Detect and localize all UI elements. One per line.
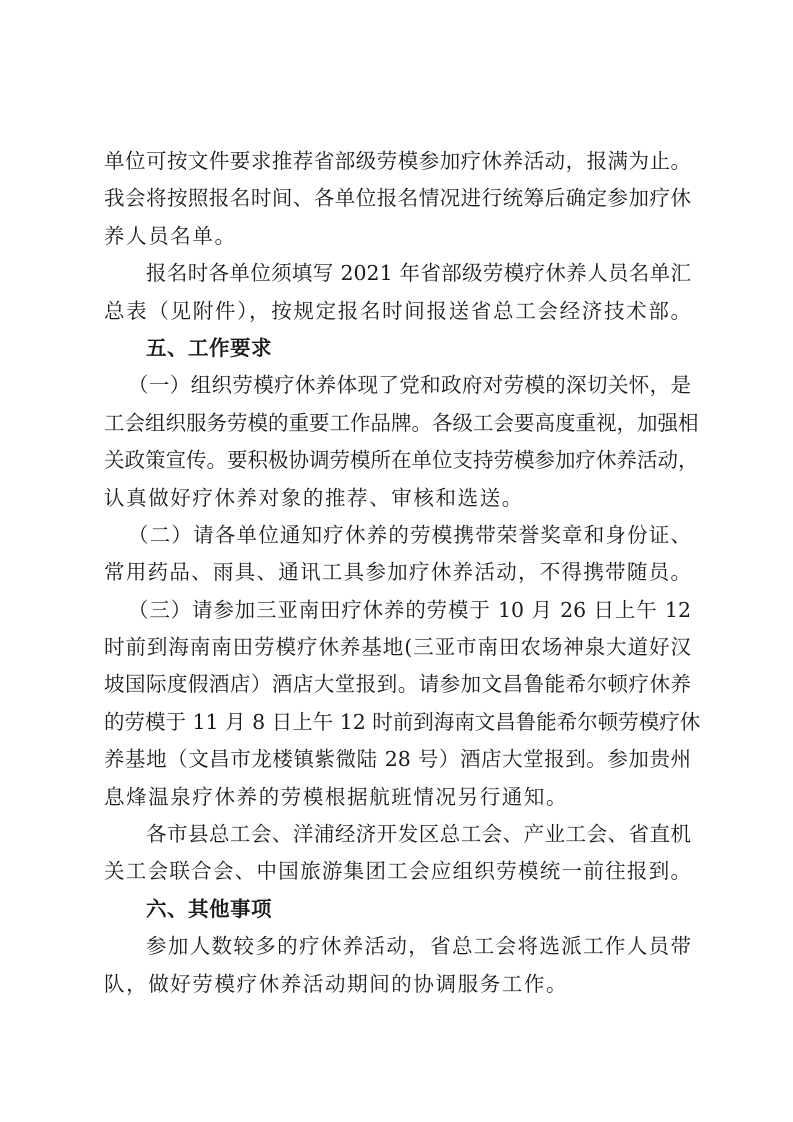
paragraph-requirement-2: （二）请各单位通知疗休养的劳模携带荣誉奖章和身份证、 常用药品、雨具、通讯工具参… bbox=[104, 520, 691, 595]
paragraph-registration-continuation: 单位可按文件要求推荐省部级劳模参加疗休养活动，报满为止。 我会将按照报名时间、各… bbox=[104, 146, 691, 258]
text-line: 关政策宣传。要积极协调劳模所在单位支持劳模参加疗休养活动， bbox=[104, 445, 691, 482]
document-body: 单位可按文件要求推荐省部级劳模参加疗休养活动，报满为止。 我会将按照报名时间、各… bbox=[104, 146, 691, 1006]
text-line: 报名时各单位须填写 2021 年省部级劳模疗休养人员名单汇 bbox=[104, 258, 691, 295]
text-line: 工会组织服务劳模的重要工作品牌。各级工会要高度重视，加强相 bbox=[104, 408, 691, 445]
paragraph-other-matters: 参加人数较多的疗休养活动，省总工会将选派工作人员带 队，做好劳模疗休养活动期间的… bbox=[104, 931, 691, 1006]
text-line: （一）组织劳模疗休养体现了党和政府对劳模的深切关怀，是 bbox=[104, 370, 691, 407]
text-line: 我会将按照报名时间、各单位报名情况进行统筹后确定参加疗休 bbox=[104, 183, 691, 220]
text-line: 认真做好疗休养对象的推荐、审核和选送。 bbox=[104, 483, 691, 520]
text-line: 关工会联合会、中国旅游集团工会应组织劳模统一前往报到。 bbox=[104, 856, 691, 893]
text-line: 常用药品、雨具、通讯工具参加疗休养活动，不得携带随员。 bbox=[104, 557, 691, 594]
text-line: （二）请各单位通知疗休养的劳模携带荣誉奖章和身份证、 bbox=[104, 520, 691, 557]
document-page: 单位可按文件要求推荐省部级劳模参加疗休养活动，报满为止。 我会将按照报名时间、各… bbox=[0, 0, 793, 1122]
paragraph-unions-report: 各市县总工会、洋浦经济开发区总工会、产业工会、省直机 关工会联合会、中国旅游集团… bbox=[104, 819, 691, 894]
text-line: 时前到海南南田劳模疗休养基地(三亚市南田农场神泉大道好汉 bbox=[104, 632, 691, 669]
section-heading-work-requirements: 五、工作要求 bbox=[104, 333, 691, 370]
paragraph-requirement-1: （一）组织劳模疗休养体现了党和政府对劳模的深切关怀，是 工会组织服务劳模的重要工… bbox=[104, 370, 691, 520]
text-line: 各市县总工会、洋浦经济开发区总工会、产业工会、省直机 bbox=[104, 819, 691, 856]
text-line: 队，做好劳模疗休养活动期间的协调服务工作。 bbox=[104, 969, 691, 1006]
text-line: 养基地（文昌市龙楼镇紫微陆 28 号）酒店大堂报到。参加贵州 bbox=[104, 744, 691, 781]
text-line: 息烽温泉疗休养的劳模根据航班情况另行通知。 bbox=[104, 782, 691, 819]
text-line: 单位可按文件要求推荐省部级劳模参加疗休养活动，报满为止。 bbox=[104, 146, 691, 183]
paragraph-requirement-3: （三）请参加三亚南田疗休养的劳模于 10 月 26 日上午 12 时前到海南南田… bbox=[104, 595, 691, 819]
text-line: （三）请参加三亚南田疗休养的劳模于 10 月 26 日上午 12 bbox=[104, 595, 691, 632]
section-heading-other-matters: 六、其他事项 bbox=[104, 894, 691, 931]
text-line: 养人员名单。 bbox=[104, 221, 691, 258]
text-line: 的劳模于 11 月 8 日上午 12 时前到海南文昌鲁能希尔顿劳模疗休 bbox=[104, 707, 691, 744]
text-line: 参加人数较多的疗休养活动，省总工会将选派工作人员带 bbox=[104, 931, 691, 968]
text-line: 总表（见附件），按规定报名时间报送省总工会经济技术部。 bbox=[104, 296, 691, 333]
text-line: 坡国际度假酒店）酒店大堂报到。请参加文昌鲁能希尔顿疗休养 bbox=[104, 669, 691, 706]
paragraph-registration-form: 报名时各单位须填写 2021 年省部级劳模疗休养人员名单汇 总表（见附件），按规… bbox=[104, 258, 691, 333]
